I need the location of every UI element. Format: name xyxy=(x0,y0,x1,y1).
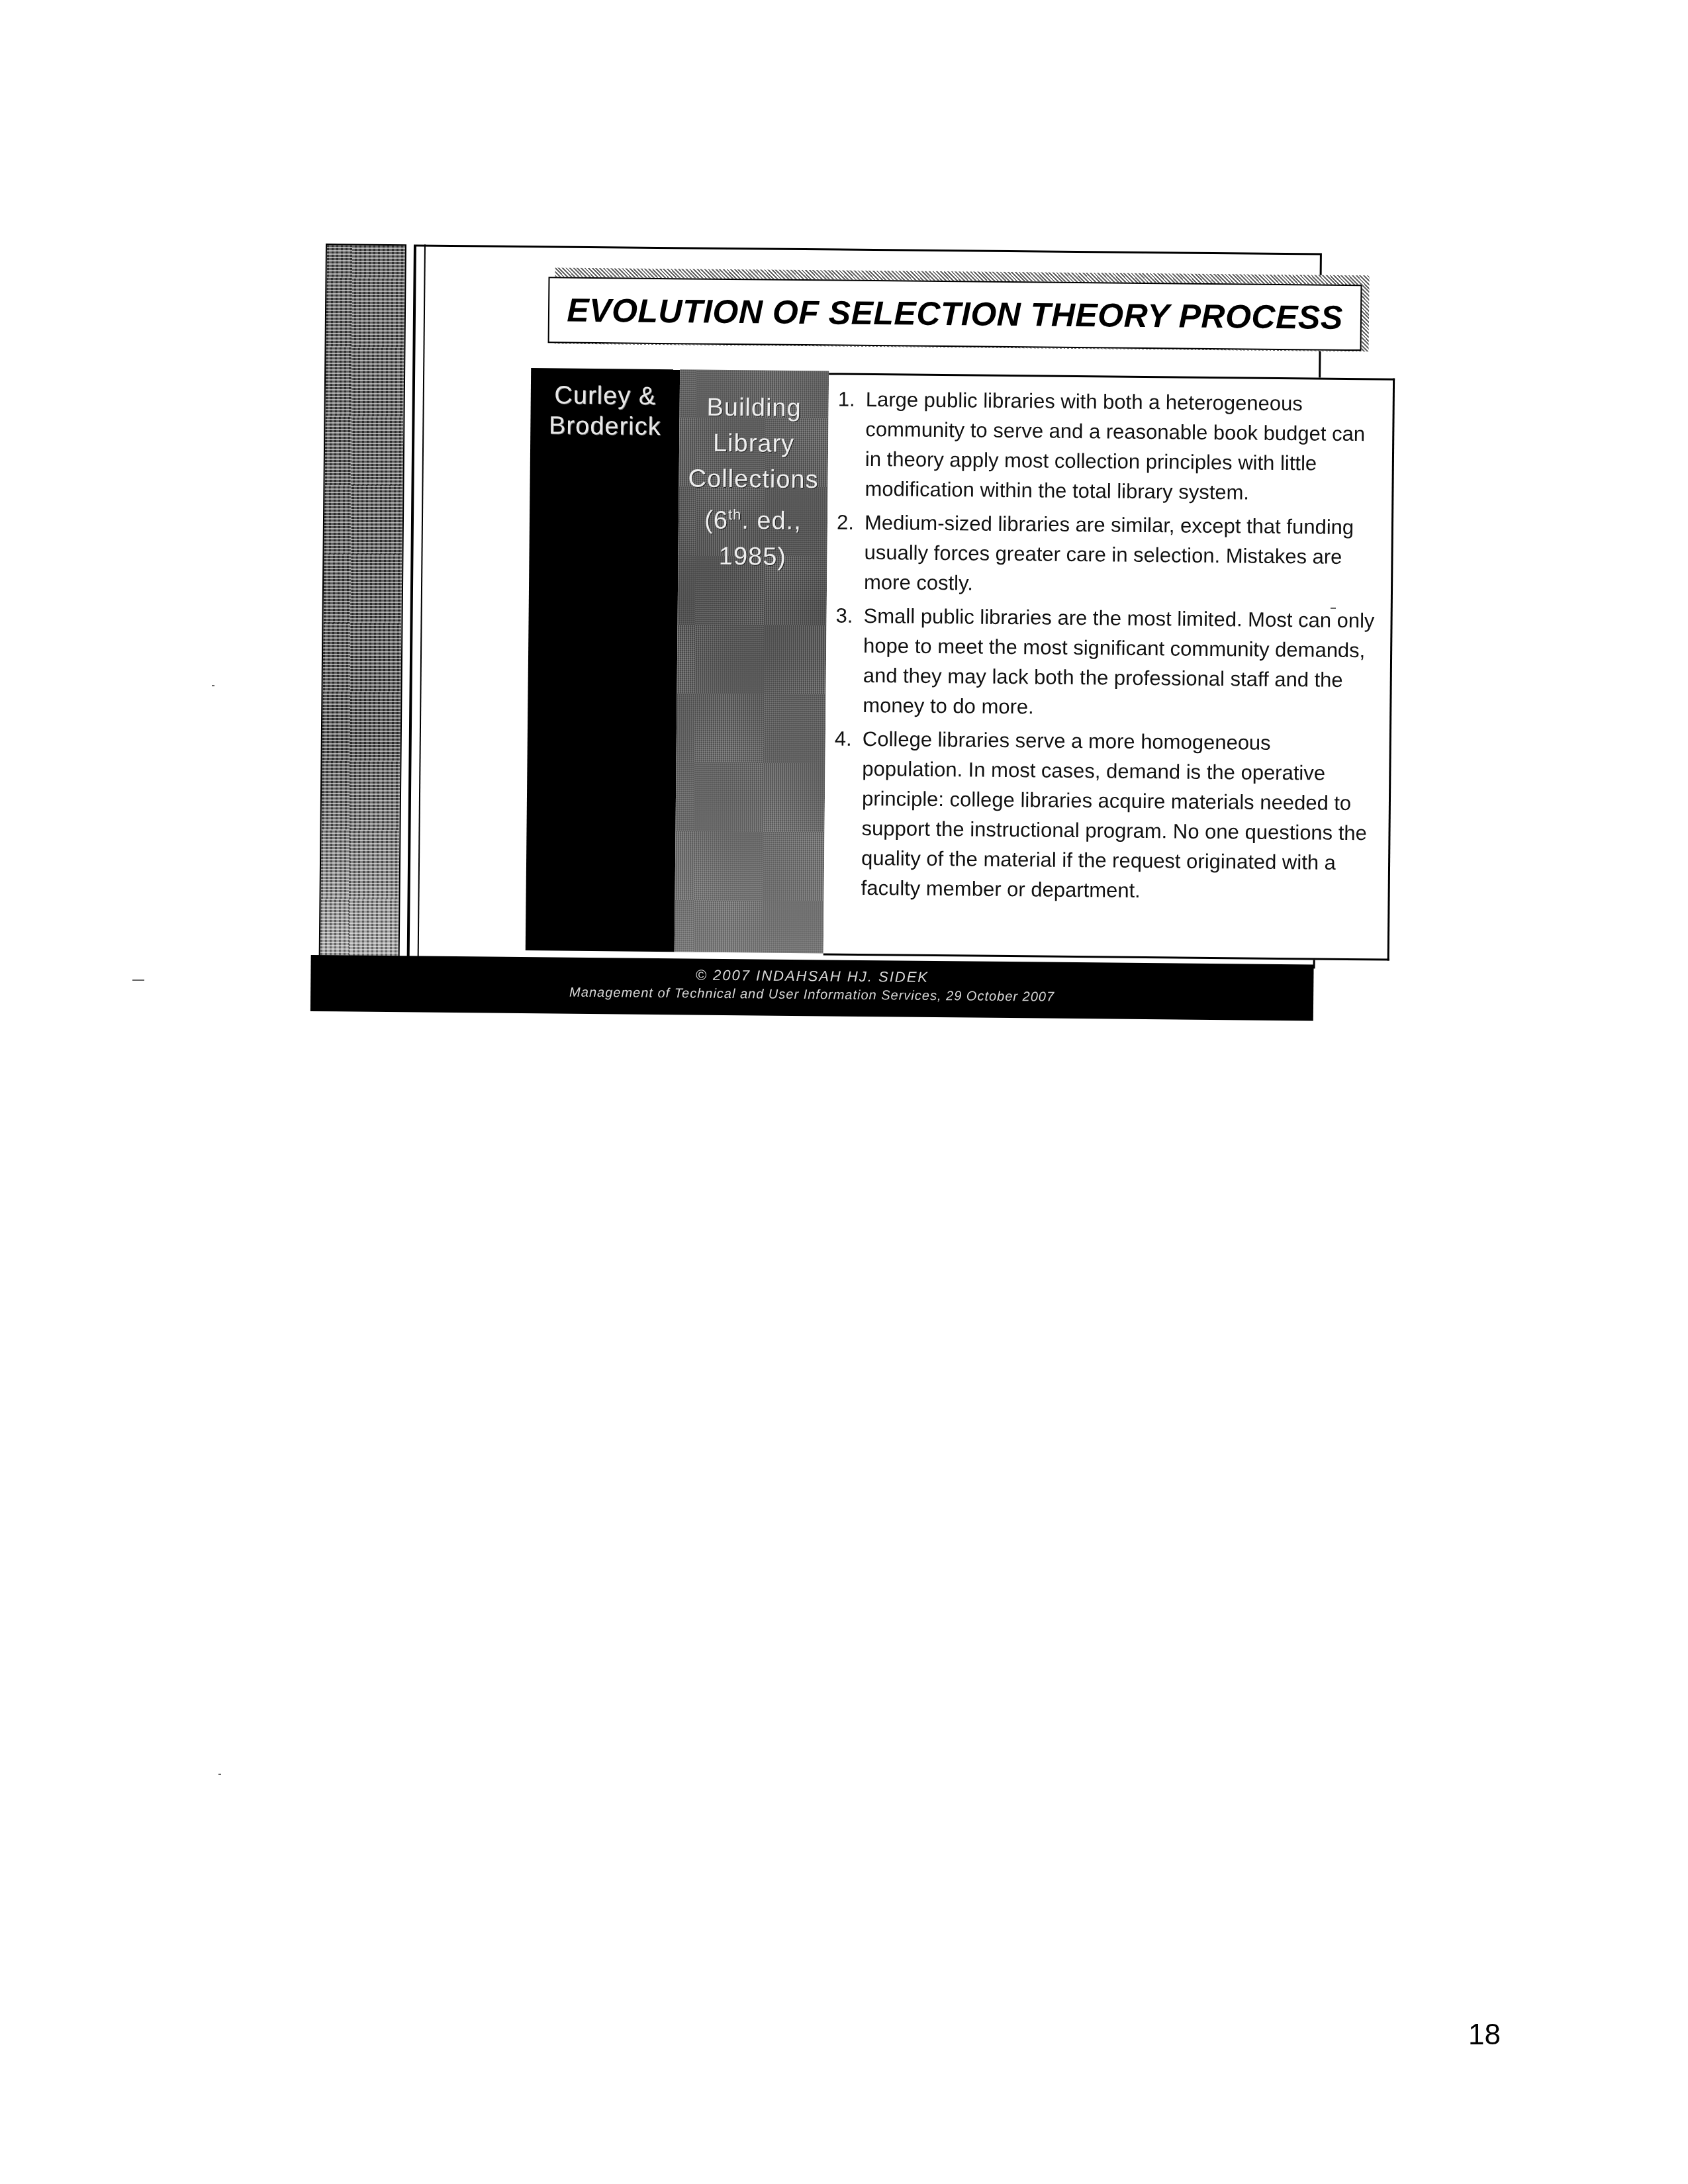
points-list: 1. Large public libraries with both a he… xyxy=(833,385,1378,908)
item-text: Small public libraries are the most limi… xyxy=(863,601,1376,725)
list-item: 2. Medium-sized libraries are similar, e… xyxy=(836,508,1377,602)
author-line-2: Broderick xyxy=(530,410,679,442)
author-line-1: Curley & xyxy=(531,380,680,412)
item-number: 2. xyxy=(836,508,865,597)
list-item: 1. Large public libraries with both a he… xyxy=(837,385,1378,509)
author-column: Curley & Broderick xyxy=(526,368,680,952)
item-text: Large public libraries with both a heter… xyxy=(865,385,1378,508)
book-line-1: Building xyxy=(679,389,829,426)
scan-speck xyxy=(218,1774,221,1775)
edition-number: (6 xyxy=(704,506,728,534)
list-item: 3. Small public libraries are the most l… xyxy=(835,601,1376,725)
book-edition: (6th. ed., xyxy=(679,496,828,539)
decorative-texture-strip xyxy=(319,244,406,958)
item-number: 4. xyxy=(833,724,863,903)
edition-superscript: th xyxy=(728,506,742,523)
points-box: 1. Large public libraries with both a he… xyxy=(823,373,1395,960)
book-line-2: Library xyxy=(679,425,829,462)
scan-speck xyxy=(1331,608,1336,609)
item-number: 3. xyxy=(835,601,864,720)
item-text: Medium-sized libraries are similar, exce… xyxy=(864,508,1377,602)
slide-frame: EVOLUTION OF SELECTION THEORY PROCESS Cu… xyxy=(407,244,1322,968)
page-number: 18 xyxy=(1468,2019,1501,2052)
book-line-3: Collections xyxy=(679,461,828,498)
item-number: 1. xyxy=(837,385,866,504)
item-text: College libraries serve a more homogeneo… xyxy=(861,724,1375,907)
slide-footer: © 2007 INDAHSAH HJ. SIDEK Management of … xyxy=(310,955,1314,1021)
slide: EVOLUTION OF SELECTION THEORY PROCESS Cu… xyxy=(310,244,1321,1021)
slide-title: EVOLUTION OF SELECTION THEORY PROCESS xyxy=(567,291,1343,337)
frame-divider xyxy=(418,245,426,958)
scan-speck xyxy=(212,685,214,686)
list-item: 4. College libraries serve a more homoge… xyxy=(833,724,1375,908)
title-box: EVOLUTION OF SELECTION THEORY PROCESS xyxy=(548,277,1362,351)
edition-suffix: . ed., xyxy=(741,507,802,535)
book-title-column: Building Library Collections (6th. ed., … xyxy=(675,369,829,953)
scan-speck xyxy=(132,979,144,981)
book-year: 1985) xyxy=(678,538,827,575)
